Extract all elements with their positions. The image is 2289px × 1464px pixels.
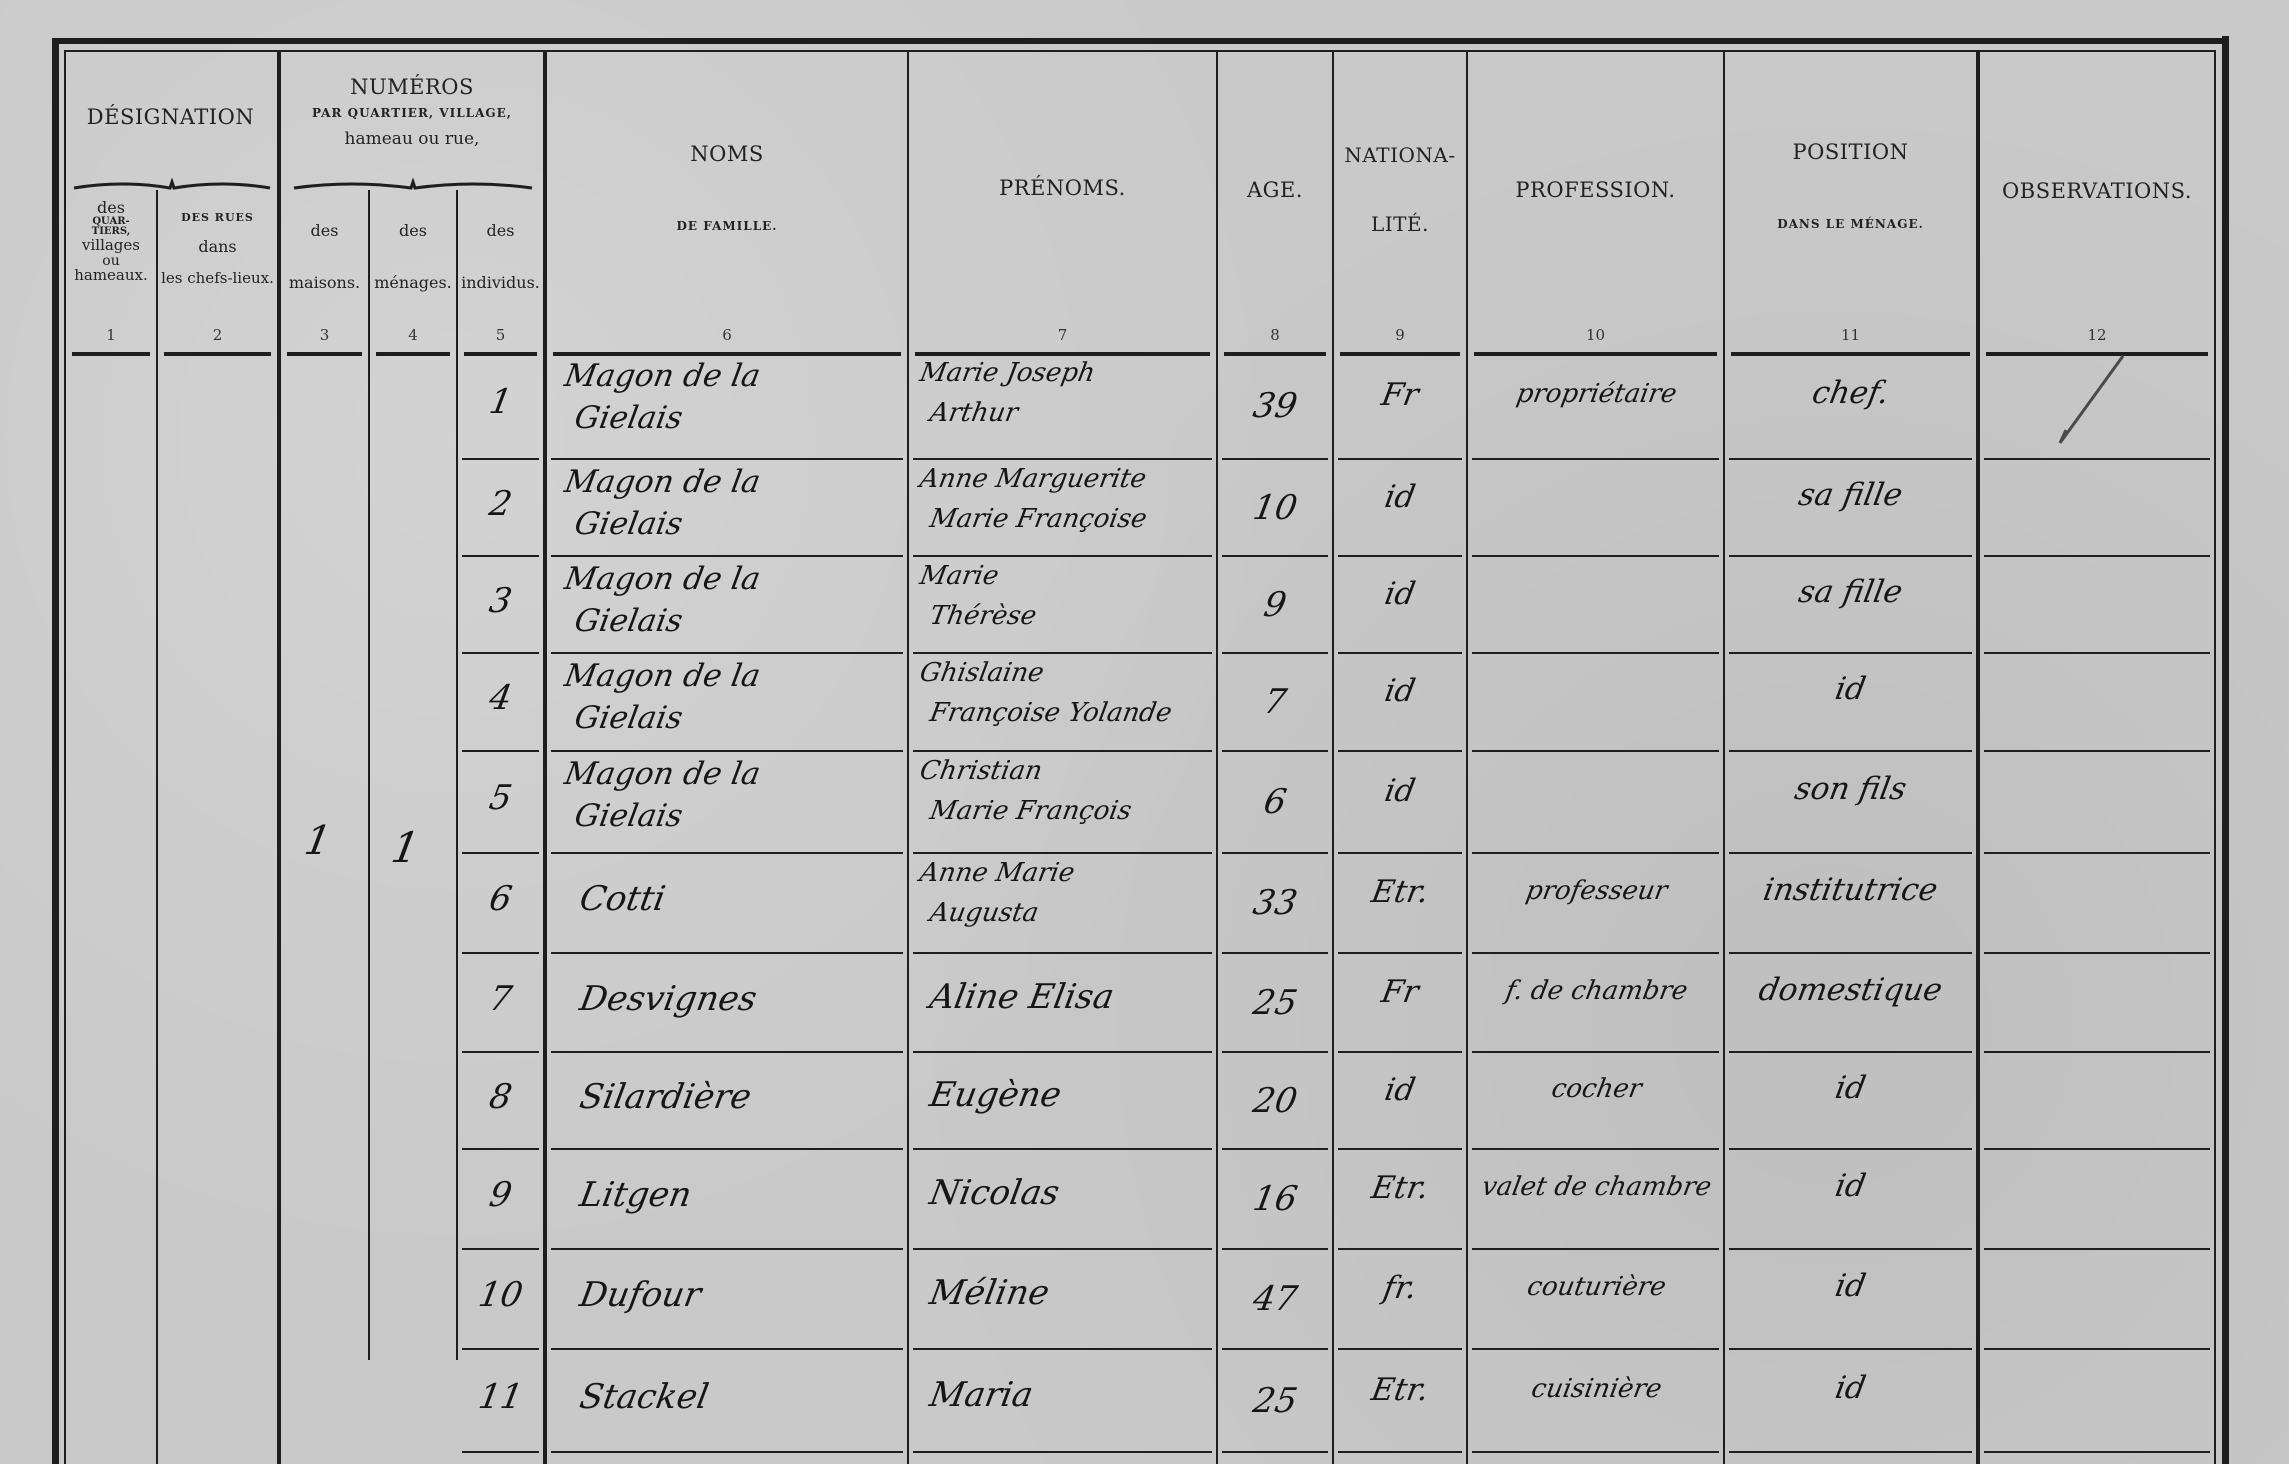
family-name: Magon de la [562,758,763,791]
row-rule [1984,652,2210,654]
row-rule [913,1148,1212,1150]
frame-right-thick [2222,36,2229,1464]
header-rule [915,352,1210,356]
header-rule [1224,352,1326,356]
header-col4: des ménages. [370,222,456,291]
nationality: Etr. [1331,876,1469,909]
row-rule [1222,1248,1328,1250]
row-rule [1222,555,1328,557]
row-rule [913,1348,1212,1350]
header-col3: des maisons. [281,222,368,291]
household-position: son fils [1725,773,1976,806]
row-rule [1338,1348,1462,1350]
divider-numeros-noms [543,52,547,1464]
header-col1: des QUAR- TIERS, villages ou hameaux. [66,200,156,284]
row-rule [462,1051,539,1053]
row-rule [551,750,903,752]
row-rule [1222,1148,1328,1150]
given-names: Anne Marie [918,860,1077,887]
row-rule [1222,1451,1328,1453]
family-name: Magon de la [562,660,763,693]
row-rule [551,1051,903,1053]
household-position: institutrice [1725,874,1976,907]
nationality: fr. [1331,1272,1469,1305]
household-position: id [1725,1270,1976,1303]
row-rule [1984,555,2210,557]
header-nationalite: NATIONA- LITÉ. [1334,144,1466,235]
row-rule [913,652,1212,654]
row-rule [1984,1248,2210,1250]
header-rule [72,352,150,356]
family-name: Magon de la [562,466,763,499]
row-rule [1338,1051,1462,1053]
row-rule [1222,458,1328,460]
header-noms: NOMS DE FAMILLE. [547,143,907,233]
row-rule [1338,1451,1462,1453]
column-number-12: 12 [1980,326,2214,344]
frame-right-thin [2214,50,2216,1464]
row-rule [462,952,539,954]
row-rule [1338,750,1462,752]
row-rule [1729,1051,1972,1053]
row-rule [1984,458,2210,460]
profession: couturière [1468,1274,1726,1301]
row-rule [462,1148,539,1150]
row-rule [1729,1248,1972,1250]
profession: valet de chambre [1468,1174,1726,1201]
divider-col3-col4 [368,190,370,1360]
individual-number: 11 [455,1380,546,1416]
age: 6 [1215,785,1335,821]
nationality: id [1331,775,1469,808]
header-observations: OBSERVATIONS. [1980,180,2214,203]
row-rule [1984,852,2210,854]
row-rule [1472,652,1719,654]
brace-designation [72,178,272,196]
brace-numeros [292,178,534,196]
individual-number: 3 [455,584,546,620]
header-prenoms: PRÉNOMS. [909,177,1216,200]
age: 25 [1215,1384,1335,1420]
family-name-cont: Gielais [572,702,685,735]
row-rule [913,952,1212,954]
given-names-cont: Thérèse [928,603,1039,630]
row-rule [1472,1148,1719,1150]
profession: cuisinière [1468,1376,1726,1403]
row-rule [551,555,903,557]
row-rule [1984,952,2210,954]
column-number-7: 7 [909,326,1216,344]
header-col5: des individus. [458,222,543,291]
profession: propriétaire [1468,381,1726,408]
column-number-4: 4 [370,326,456,344]
row-rule [1472,458,1719,460]
family-name: Litgen [577,1178,694,1214]
column-number-11: 11 [1725,326,1976,344]
household-position: sa fille [1725,576,1976,609]
nationality: id [1331,481,1469,514]
column-number-8: 8 [1218,326,1332,344]
menage-number: 1 [388,826,423,870]
family-name-cont: Gielais [572,605,685,638]
header-rule [1474,352,1717,356]
row-rule [913,555,1212,557]
profession: cocher [1468,1076,1726,1103]
profession: professeur [1468,878,1726,905]
nationality: Etr. [1331,1172,1469,1205]
column-number-1: 1 [66,326,156,344]
row-rule [1472,1451,1719,1453]
column-number-2: 2 [158,326,277,344]
nationality: Etr. [1331,1374,1469,1407]
row-rule [1472,1051,1719,1053]
profession: f. de chambre [1468,978,1726,1005]
given-names-cont: Françoise Yolande [928,700,1174,727]
family-name-cont: Gielais [572,800,685,833]
row-rule [1472,952,1719,954]
family-name: Magon de la [562,360,763,393]
nationality: id [1331,675,1469,708]
row-rule [1338,652,1462,654]
divider-col10-col11 [1723,52,1725,1464]
row-rule [913,1451,1212,1453]
header-numeros: NUMÉROS PAR QUARTIER, VILLAGE, hameau ou… [281,76,543,149]
row-rule [551,1248,903,1250]
row-rule [1729,652,1972,654]
row-rule [1729,750,1972,752]
individual-number: 8 [455,1080,546,1116]
individual-number: 2 [455,487,546,523]
header-profession: PROFESSION. [1468,179,1723,202]
divider-col7-col8 [1216,52,1218,1464]
row-rule [462,750,539,752]
row-rule [551,1451,903,1453]
row-rule [1472,852,1719,854]
row-rule [1984,750,2210,752]
nationality: Fr [1331,976,1469,1009]
row-rule [551,952,903,954]
individual-number: 6 [455,882,546,918]
row-rule [551,652,903,654]
given-names: Anne Marguerite [918,466,1149,493]
row-rule [1984,1051,2210,1053]
row-rule [1472,1248,1719,1250]
column-number-10: 10 [1468,326,1723,344]
age: 33 [1215,886,1335,922]
family-name: Desvignes [577,982,759,1018]
age: 7 [1215,685,1335,721]
row-rule [551,1348,903,1350]
row-rule [913,1051,1212,1053]
nationality: Fr [1331,379,1469,412]
row-rule [1984,1451,2210,1453]
column-number-9: 9 [1334,326,1466,344]
row-rule [1338,1148,1462,1150]
household-position: domestique [1725,974,1976,1007]
header-age: AGE. [1218,179,1332,202]
row-rule [1338,458,1462,460]
column-number-5: 5 [458,326,543,344]
header-rule [553,352,901,356]
row-rule [1222,652,1328,654]
frame-left-thick [52,38,59,1464]
row-rule [462,652,539,654]
household-position: chef. [1725,377,1976,410]
row-rule [1338,852,1462,854]
given-names: Ghislaine [918,660,1046,687]
given-names: Nicolas [927,1176,1062,1212]
row-rule [1984,1348,2210,1350]
row-rule [1338,1248,1462,1250]
header-rule [287,352,362,356]
household-position: sa fille [1725,479,1976,512]
row-rule [551,458,903,460]
given-names-cont: Arthur [928,400,1020,427]
row-rule [462,555,539,557]
row-rule [1729,458,1972,460]
column-number-6: 6 [547,326,907,344]
row-rule [913,750,1212,752]
row-rule [1472,555,1719,557]
family-name: Silardière [577,1080,754,1116]
maison-number: 1 [301,820,334,862]
row-rule [462,1248,539,1250]
row-rule [913,458,1212,460]
row-rule [1729,852,1972,854]
family-name: Magon de la [562,563,763,596]
row-rule [1729,555,1972,557]
census-sheet: DÉSIGNATION des QUAR- TIERS, villages ou… [0,0,2289,1464]
individual-number: 9 [455,1178,546,1214]
nationality: id [1331,1074,1469,1107]
given-names-cont: Marie Françoise [928,506,1149,533]
family-name: Cotti [577,882,668,918]
divider-observations [1976,52,1980,1464]
household-position: id [1725,1372,1976,1405]
divider-col6-col7 [907,52,909,1464]
individual-number: 4 [455,681,546,717]
header-rule [164,352,271,356]
given-names-cont: Marie François [928,798,1134,825]
row-rule [1729,952,1972,954]
row-rule [462,1451,539,1453]
given-names: Marie Joseph [918,360,1098,387]
row-rule [462,852,539,854]
individual-number: 1 [455,385,546,421]
age: 10 [1215,491,1335,527]
family-name: Stackel [577,1380,711,1416]
age: 20 [1215,1084,1335,1120]
age: 25 [1215,986,1335,1022]
row-rule [551,1148,903,1150]
individual-number: 5 [455,781,546,817]
header-designation-title: DÉSIGNATION [64,106,277,129]
column-number-3: 3 [281,326,368,344]
given-names: Maria [927,1378,1036,1414]
row-rule [551,852,903,854]
row-rule [1729,1148,1972,1150]
row-rule [462,458,539,460]
row-rule [913,852,1212,854]
household-position: id [1725,1072,1976,1105]
age: 16 [1215,1182,1335,1218]
given-names-cont: Augusta [928,900,1041,927]
header-position: POSITION DANS LE MÉNAGE. [1725,141,1976,231]
row-rule [1222,1348,1328,1350]
divider-col8-col9 [1332,52,1334,1464]
header-rule [1340,352,1460,356]
given-names: Eugène [927,1078,1064,1114]
family-name-cont: Gielais [572,508,685,541]
age: 47 [1215,1282,1335,1318]
row-rule [1729,1451,1972,1453]
header-rule [464,352,537,356]
age: 39 [1215,389,1335,425]
frame-top-thick [52,38,2228,44]
family-name-cont: Gielais [572,402,685,435]
household-position: id [1725,673,1976,706]
divider-col1-col2 [156,190,158,1464]
given-names: Christian [918,758,1045,785]
given-names: Méline [927,1276,1052,1312]
given-names: Marie [918,563,1001,590]
row-rule [1222,852,1328,854]
header-col2: DES RUES dans les chefs-lieux. [158,212,277,286]
family-name: Dufour [577,1278,704,1314]
row-rule [1338,555,1462,557]
individual-number: 7 [455,982,546,1018]
row-rule [1338,952,1462,954]
nationality: id [1331,578,1469,611]
frame-top-thin [64,50,2216,52]
row-rule [1472,750,1719,752]
row-rule [1472,1348,1719,1350]
header-rule [1731,352,1970,356]
row-rule [462,1348,539,1350]
check-mark-icon [2030,348,2140,458]
divider-col9-col10 [1466,52,1468,1464]
row-rule [1222,750,1328,752]
row-rule [1222,1051,1328,1053]
row-rule [1984,1148,2210,1150]
household-position: id [1725,1170,1976,1203]
individual-number: 10 [455,1278,546,1314]
given-names: Aline Elisa [927,980,1117,1016]
divider-col4-col5 [456,190,458,1360]
row-rule [913,1248,1212,1250]
age: 9 [1215,588,1335,624]
row-rule [1729,1348,1972,1350]
header-rule [376,352,450,356]
row-rule [1222,952,1328,954]
